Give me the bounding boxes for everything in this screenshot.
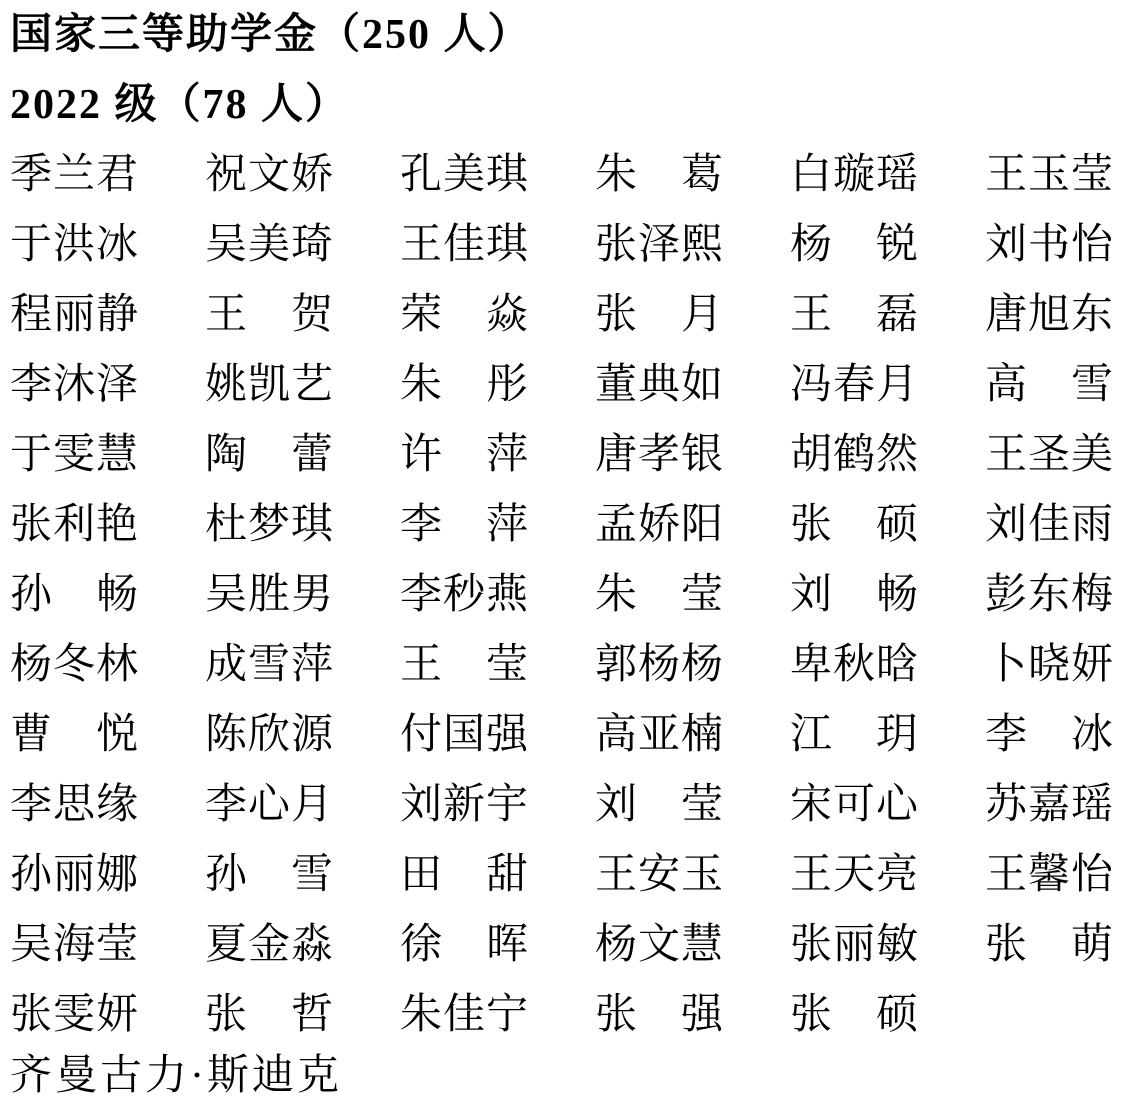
student-name: 董典如 <box>595 350 723 420</box>
student-name: 张雯妍 <box>10 980 138 1050</box>
student-name: 张强 <box>595 980 723 1050</box>
student-name: 张泽熙 <box>595 210 723 280</box>
student-name: 成雪萍 <box>205 630 333 700</box>
student-name: 高亚楠 <box>595 700 723 770</box>
document-title: 国家三等助学金（250 人） <box>10 0 1128 70</box>
name-row: 李沐泽姚凯艺朱彤董典如冯春月高雪 <box>10 350 1128 420</box>
student-name: 孙丽娜 <box>10 840 138 910</box>
name-row: 张利艳杜梦琪李萍孟娇阳张硕刘佳雨 <box>10 490 1128 560</box>
student-name: 胡鹤然 <box>790 420 918 490</box>
student-name: 张萌 <box>985 910 1113 980</box>
student-name: 刘莹 <box>595 770 723 840</box>
student-name: 唐孝银 <box>595 420 723 490</box>
student-name: 刘新宇 <box>400 770 528 840</box>
student-name: 田甜 <box>400 840 528 910</box>
student-name: 徐晖 <box>400 910 528 980</box>
name-row: 张雯妍张哲朱佳宁张强张硕 <box>10 980 1128 1050</box>
student-name: 苏嘉瑶 <box>985 770 1113 840</box>
student-name: 李秒燕 <box>400 560 528 630</box>
student-name: 冯春月 <box>790 350 918 420</box>
student-name: 吴美琦 <box>205 210 333 280</box>
student-name: 王圣美 <box>985 420 1113 490</box>
name-row: 吴海莹夏金淼徐晖杨文慧张丽敏张萌 <box>10 910 1128 980</box>
student-name: 刘书怡 <box>985 210 1113 280</box>
student-name: 夏金淼 <box>205 910 333 980</box>
student-name: 杨文慧 <box>595 910 723 980</box>
grade-subtitle: 2022 级（78 人） <box>10 70 1128 140</box>
student-name: 江玥 <box>790 700 918 770</box>
student-name: 杨锐 <box>790 210 918 280</box>
student-name: 张利艳 <box>10 490 138 560</box>
student-name: 荣焱 <box>400 280 528 350</box>
student-name-grid: 季兰君祝文娇孔美琪朱葛白璇瑶王玉莹于洪冰吴美琦王佳琪张泽熙杨锐刘书怡程丽静王贺荣… <box>10 140 1128 1050</box>
student-name: 杨冬林 <box>10 630 138 700</box>
student-name: 李冰 <box>985 700 1113 770</box>
student-name: 季兰君 <box>10 140 138 210</box>
student-name: 王磊 <box>790 280 918 350</box>
name-row: 孙丽娜孙雪田甜王安玉王天亮王馨怡 <box>10 840 1128 910</box>
student-name: 曹悦 <box>10 700 138 770</box>
student-name: 陶蕾 <box>205 420 333 490</box>
student-name: 王莹 <box>400 630 528 700</box>
student-name: 高雪 <box>985 350 1113 420</box>
student-name: 李思缘 <box>10 770 138 840</box>
student-name: 王佳琪 <box>400 210 528 280</box>
student-name: 杜梦琪 <box>205 490 333 560</box>
student-name: 李心月 <box>205 770 333 840</box>
student-name: 王天亮 <box>790 840 918 910</box>
student-name: 郭杨杨 <box>595 630 723 700</box>
name-row: 杨冬林成雪萍王莹郭杨杨卑秋晗卜晓妍 <box>10 630 1128 700</box>
name-row: 季兰君祝文娇孔美琪朱葛白璇瑶王玉莹 <box>10 140 1128 210</box>
student-name: 程丽静 <box>10 280 138 350</box>
student-name: 朱佳宁 <box>400 980 528 1050</box>
name-row: 孙畅吴胜男李秒燕朱莹刘畅彭东梅 <box>10 560 1128 630</box>
student-name: 孟娇阳 <box>595 490 723 560</box>
student-name: 唐旭东 <box>985 280 1113 350</box>
student-name: 卑秋晗 <box>790 630 918 700</box>
student-name: 祝文娇 <box>205 140 333 210</box>
student-name: 刘佳雨 <box>985 490 1113 560</box>
student-name: 陈欣源 <box>205 700 333 770</box>
student-name: 张丽敏 <box>790 910 918 980</box>
student-name-long: 齐曼古力·斯迪克 <box>10 1050 1128 1103</box>
student-name: 白璇瑶 <box>790 140 918 210</box>
student-name: 张硕 <box>790 980 918 1050</box>
name-row: 李思缘李心月刘新宇刘莹宋可心苏嘉瑶 <box>10 770 1128 840</box>
student-name: 李萍 <box>400 490 528 560</box>
student-name: 许萍 <box>400 420 528 490</box>
student-name: 彭东梅 <box>985 560 1113 630</box>
student-name: 王馨怡 <box>985 840 1113 910</box>
student-name: 于雯慧 <box>10 420 138 490</box>
student-name: 吴海莹 <box>10 910 138 980</box>
student-name: 卜晓妍 <box>985 630 1113 700</box>
student-name: 于洪冰 <box>10 210 138 280</box>
student-name: 付国强 <box>400 700 528 770</box>
student-name: 张月 <box>595 280 723 350</box>
student-name: 姚凯艺 <box>205 350 333 420</box>
student-name: 王玉莹 <box>985 140 1113 210</box>
student-name: 孙畅 <box>10 560 138 630</box>
student-name: 孔美琪 <box>400 140 528 210</box>
name-row: 于雯慧陶蕾许萍唐孝银胡鹤然王圣美 <box>10 420 1128 490</box>
scholarship-document-page: 国家三等助学金（250 人） 2022 级（78 人） 季兰君祝文娇孔美琪朱葛白… <box>0 0 1138 1103</box>
name-row: 于洪冰吴美琦王佳琪张泽熙杨锐刘书怡 <box>10 210 1128 280</box>
student-name: 李沐泽 <box>10 350 138 420</box>
student-name: 王安玉 <box>595 840 723 910</box>
student-name: 张硕 <box>790 490 918 560</box>
student-name: 吴胜男 <box>205 560 333 630</box>
name-row: 曹悦陈欣源付国强高亚楠江玥李冰 <box>10 700 1128 770</box>
student-name: 朱葛 <box>595 140 723 210</box>
student-name: 王贺 <box>205 280 333 350</box>
student-name: 孙雪 <box>205 840 333 910</box>
student-name: 刘畅 <box>790 560 918 630</box>
student-name: 朱彤 <box>400 350 528 420</box>
student-name: 朱莹 <box>595 560 723 630</box>
name-row: 程丽静王贺荣焱张月王磊唐旭东 <box>10 280 1128 350</box>
student-name: 宋可心 <box>790 770 918 840</box>
student-name: 张哲 <box>205 980 333 1050</box>
